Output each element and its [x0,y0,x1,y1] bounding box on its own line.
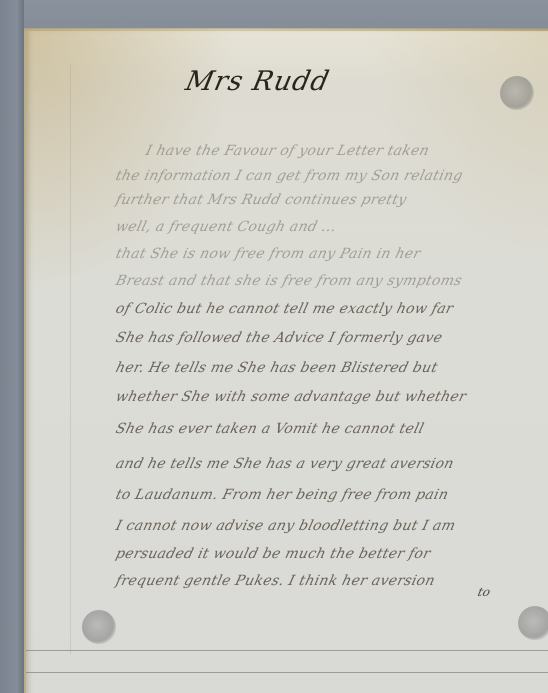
letter-line: Breast and that she is free from any sym… [114,273,464,289]
letter-line: and he tells me She has a very great ave… [114,456,456,472]
letter-line: persuaded it would be much the better fo… [114,546,432,562]
fold-line-lower [26,672,548,673]
letter-line: I have the Favour of your Letter taken [144,143,431,159]
letter-line: of Colic but he cannot tell me exactly h… [114,301,455,317]
letter-line: frequent gentle Pukes. I think her avers… [114,573,437,589]
letter-line: to Laudanum. From her being free from pa… [114,487,450,503]
mount-stamp-top-right [500,76,534,110]
mount-stamp-bottom-right [518,606,548,640]
scanner-backdrop-top [0,0,548,28]
fold-line [26,650,548,651]
mount-stamp-bottom-left [82,610,116,644]
letter-line: She has ever taken a Vomit he cannot tel… [114,421,426,437]
letter-heading: Mrs Rudd [183,66,333,97]
letter-line: further that Mrs Rudd continues pretty [114,192,408,208]
letter-line: whether She with some advantage but whet… [114,389,468,405]
paper-top-edge [24,28,548,31]
letter-line: well, a frequent Cough and ... [114,219,338,235]
letter-line: She has followed the Advice I formerly g… [114,330,444,346]
scanner-backdrop-left [0,0,24,693]
letter-line: that She is now free from any Pain in he… [114,246,422,262]
letter-line: her. He tells me She has been Blistered … [114,360,439,376]
letter-line: the information I can get from my Son re… [114,168,465,184]
margin-crease [70,64,71,654]
letter-line: I cannot now advise any bloodletting but… [114,518,457,534]
